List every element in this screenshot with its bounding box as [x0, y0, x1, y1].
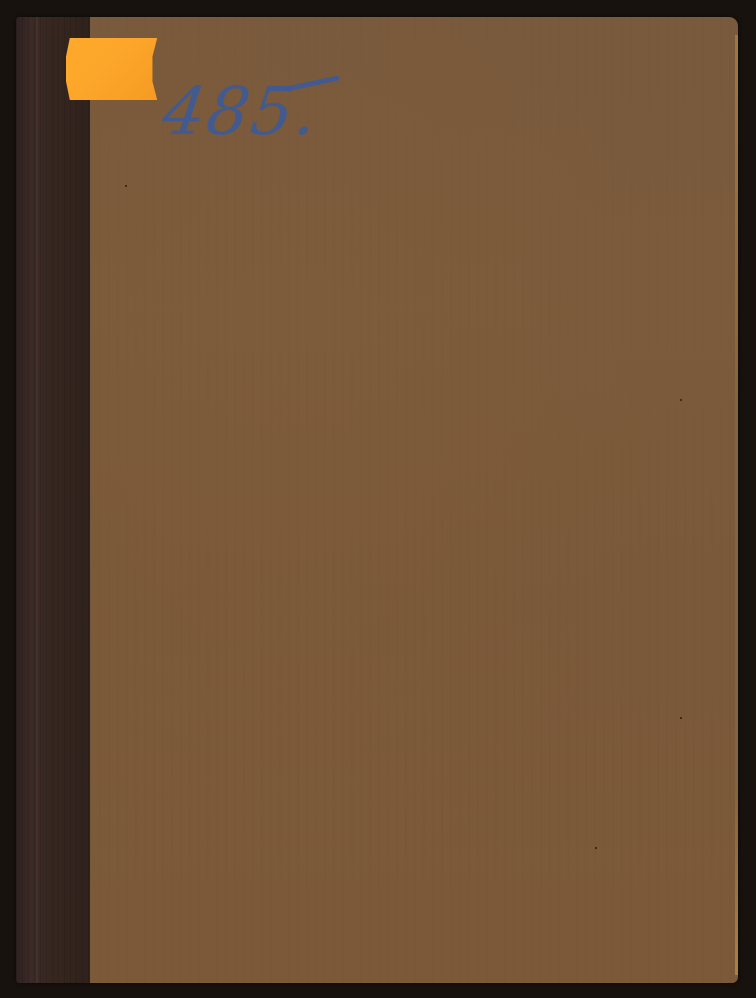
- handwritten-number: 485.: [154, 79, 358, 179]
- paper-speck: [125, 185, 127, 187]
- paper-speck: [680, 399, 682, 401]
- book-spine: [16, 17, 90, 983]
- cover-edge: [735, 35, 738, 975]
- scan-background: 485.: [0, 0, 756, 998]
- paper-speck: [680, 717, 682, 719]
- paper-speck: [595, 847, 597, 849]
- orange-label-sticker: [66, 38, 161, 100]
- book: 485.: [16, 17, 738, 983]
